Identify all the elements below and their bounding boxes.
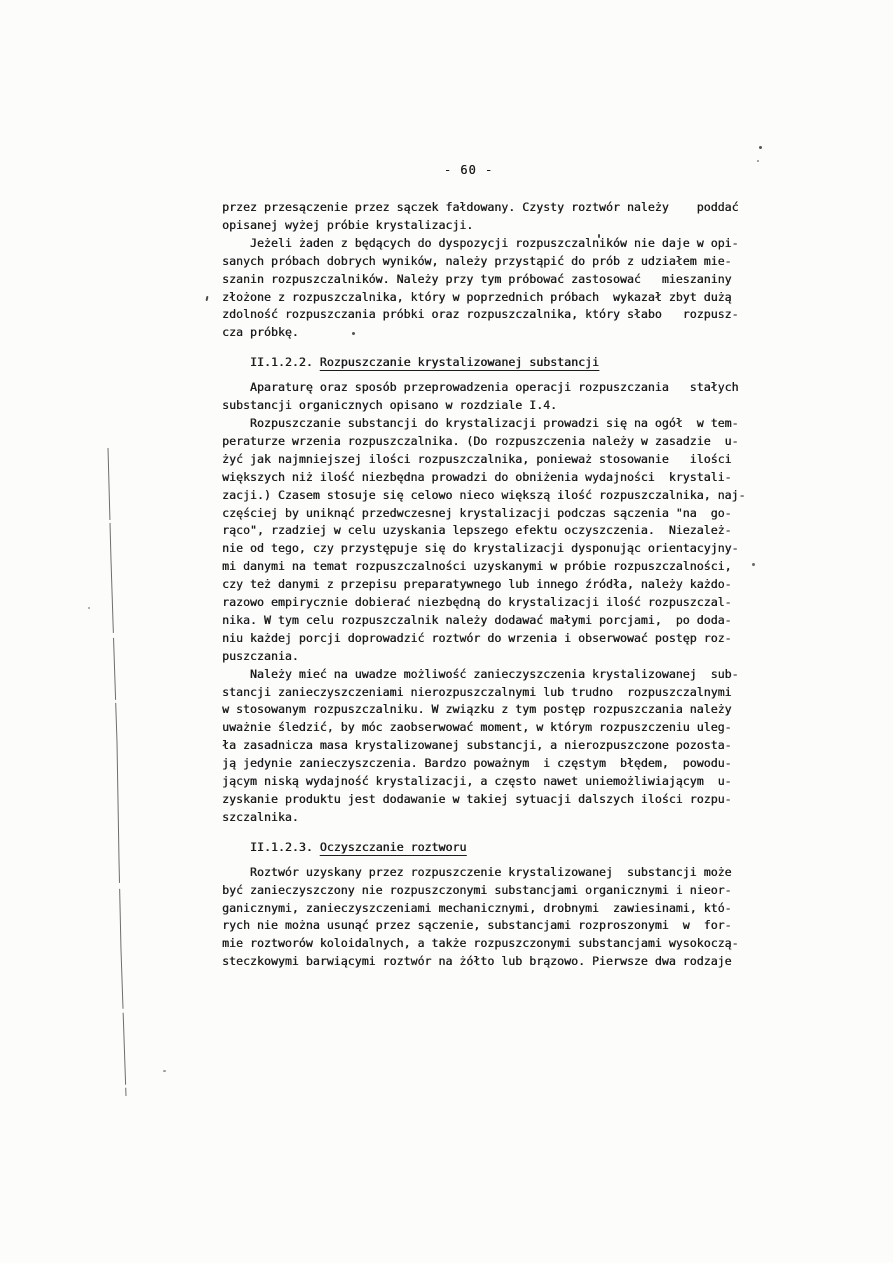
text-line: w stosowanym rozpuszczalniku. W związku … [222, 701, 746, 719]
scan-speck [759, 146, 762, 149]
scan-speck [757, 160, 759, 162]
text-line: opisanej wyżej próbie krystalizacji. [222, 217, 746, 235]
text-line: stancji zanieczyszczeniami nierozpuszcza… [222, 684, 746, 702]
text-line: jącym niską wydajność krystalizacji, a c… [222, 773, 746, 791]
scan-speck [88, 607, 90, 609]
paragraph: Jeżeli żaden z będących do dyspozycji ro… [222, 235, 746, 342]
text-line: rąco", rzadziej w celu uzyskania lepszeg… [222, 522, 746, 540]
text-line: zyskanie produktu jest dodawanie w takie… [222, 791, 746, 809]
text-line: Należy mieć na uwadze możliwość zanieczy… [222, 666, 746, 684]
paragraph: Należy mieć na uwadze możliwość zanieczy… [222, 666, 746, 827]
text-line: ła zasadnicza masa krystalizowanej subst… [222, 737, 746, 755]
section-title: Oczyszczanie roztworu [320, 840, 467, 854]
text-line: nie od tego, czy przystępuje się do krys… [222, 540, 746, 558]
text-line: steczkowymi barwiącymi roztwór na żółto … [222, 953, 746, 971]
section-number: II.1.2.3. [222, 840, 320, 854]
text-line: nika. W tym celu rozpuszczalnik należy d… [222, 612, 746, 630]
section-number: II.1.2.2. [222, 355, 320, 369]
scan-speck [206, 296, 209, 301]
text-line: przez przesączenie przez sączek fałdowan… [222, 199, 746, 217]
scan-speck [163, 1070, 166, 1072]
text-line: ją jedynie zanieczyszczenia. Bardzo powa… [222, 755, 746, 773]
text-line: Jeżeli żaden z będących do dyspozycji ro… [222, 235, 746, 253]
paragraph: Aparaturę oraz sposób przeprowadzenia op… [222, 379, 746, 415]
text-line: mi danymi na temat rozpuszczalności uzys… [222, 558, 746, 576]
text-line: mie roztworów koloidalnych, a także rozp… [222, 935, 746, 953]
text-line: większych niż ilość niezbędna prowadzi d… [222, 469, 746, 487]
text-line: szczalnika. [222, 809, 746, 827]
text-line: razowo empirycznie dobierać niezbędną do… [222, 594, 746, 612]
text-line: rych nie można usunąć przez sączenie, su… [222, 917, 746, 935]
document-page: - 60 - przez przesączenie przez sączek f… [0, 0, 893, 1263]
text-line: substancji organicznych opisano w rozdzi… [222, 397, 746, 415]
paragraph: Roztwór uzyskany przez rozpuszczenie kry… [222, 864, 746, 971]
text-line: cza próbkę. [222, 324, 746, 342]
page-number: - 60 - [0, 163, 893, 177]
text-line: być zanieczyszczony nie rozpuszczonymi s… [222, 882, 746, 900]
text-line: sanych próbach dobrych wyników, należy p… [222, 253, 746, 271]
text-line: czy też danymi z przepisu preparatywnego… [222, 576, 746, 594]
paragraph: Rozpuszczanie substancji do krystalizacj… [222, 415, 746, 666]
text-line: peraturze wrzenia rozpuszczalnika. (Do r… [222, 433, 746, 451]
text-line: złożone z rozpuszczalnika, który w poprz… [222, 289, 746, 307]
section-heading: II.1.2.2. Rozpuszczanie krystalizowanej … [222, 354, 746, 372]
text-line: niu każdej porcji doprowadzić roztwór do… [222, 630, 746, 648]
text-line: szanin rozpuszczalników. Należy przy tym… [222, 271, 746, 289]
text-line: zacji.) Czasem stosuje się celowo nieco … [222, 487, 746, 505]
text-line: zdolność rozpuszczania próbki oraz rozpu… [222, 306, 746, 324]
section-heading: II.1.2.3. Oczyszczanie roztworu [222, 839, 746, 857]
paragraph: przez przesączenie przez sączek fałdowan… [222, 199, 746, 235]
text-line: Aparaturę oraz sposób przeprowadzenia op… [222, 379, 746, 397]
section-title: Rozpuszczanie krystalizowanej substancji [320, 355, 599, 369]
text-line: puszczania. [222, 648, 746, 666]
text-line: Roztwór uzyskany przez rozpuszczenie kry… [222, 864, 746, 882]
scan-speck [752, 563, 755, 566]
text-line: Rozpuszczanie substancji do krystalizacj… [222, 415, 746, 433]
text-blocks: przez przesączenie przez sączek fałdowan… [222, 199, 746, 971]
text-line: ganicznymi, zanieczyszczeniami mechanicz… [222, 900, 746, 918]
text-line: uważnie śledzić, by móc zaobserwować mom… [222, 719, 746, 737]
text-line: żyć jak najmniejszej ilości rozpuszczaln… [222, 451, 746, 469]
text-line: częściej by uniknąć przedwczesnej krysta… [222, 505, 746, 523]
